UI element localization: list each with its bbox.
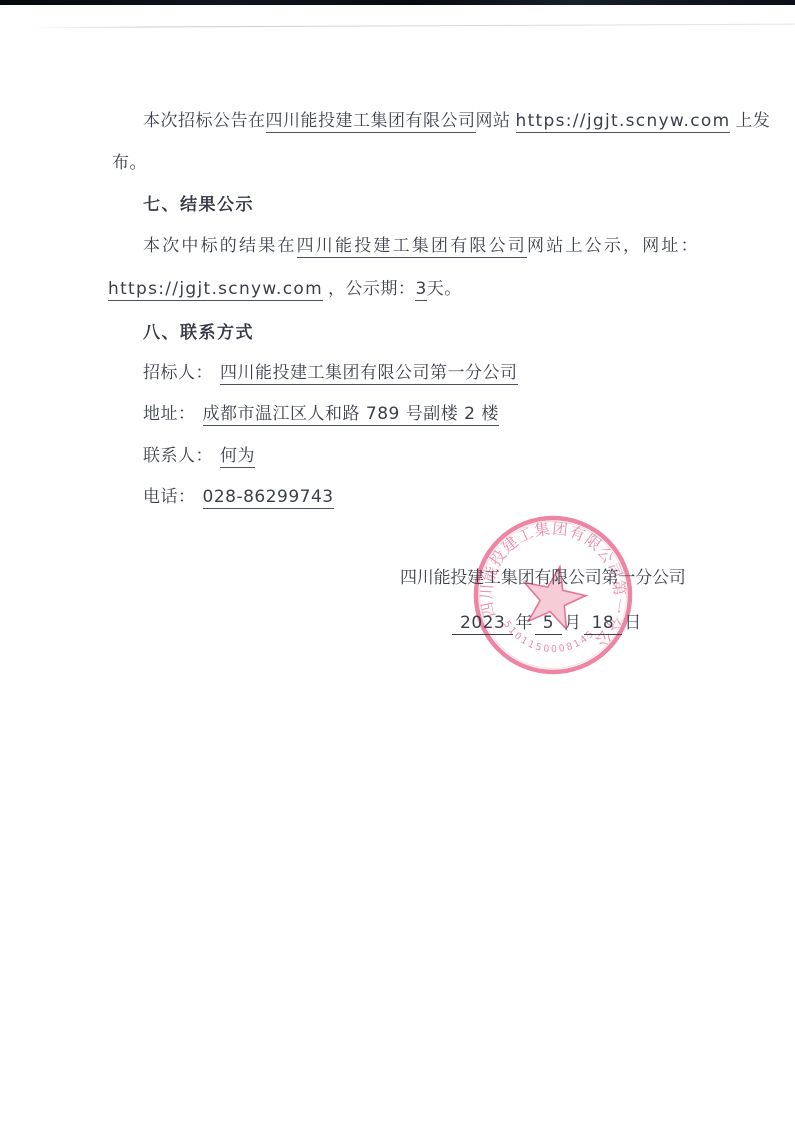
paragraph-results-line1: 本次中标的结果在四川能投建工集团有限公司网站上公示，网址： — [143, 234, 700, 258]
paragraph-results-line2: https://jgjt.scnyw.com，公示期：3天。 — [108, 277, 462, 301]
text: 本次招标公告在 — [143, 111, 266, 131]
document-page: 本次招标公告在四川能投建工集团有限公司网站https://jgjt.scnyw.… — [0, 0, 795, 1123]
contact-row-address: 地址：成都市温江区人和路 789 号副楼 2 楼 — [143, 402, 499, 426]
heading-text: 七、结果公示 — [143, 195, 254, 215]
contact-row-phone: 电话：028-86299743 — [143, 485, 334, 509]
bidder-value: 四川能投建工集团有限公司第一分公司 — [220, 363, 518, 385]
paragraph-publication-line1: 本次招标公告在四川能投建工集团有限公司网站https://jgjt.scnyw.… — [143, 109, 770, 133]
text: 网站上公示，网址： — [527, 236, 700, 256]
contact-person-value: 何为 — [220, 446, 255, 468]
website-url: https://jgjt.scnyw.com — [516, 111, 731, 133]
date-day: 18 — [584, 613, 623, 635]
section-heading-results: 七、结果公示 — [143, 193, 254, 217]
paragraph-publication-line2: 布。 — [112, 151, 147, 175]
field-label: 招标人： — [143, 363, 213, 383]
signature-date: 2023年5月18日 — [452, 611, 644, 635]
signature-company-text: 四川能投建工集团有限公司第一分公司 — [400, 568, 686, 588]
date-day-unit: 日 — [624, 613, 642, 633]
contact-row-person: 联系人：何为 — [143, 444, 255, 468]
phone-value: 028-86299743 — [203, 487, 334, 509]
date-month: 5 — [535, 613, 562, 635]
field-label: 电话： — [143, 487, 196, 507]
signature-company: 四川能投建工集团有限公司第一分公司 — [400, 566, 686, 590]
text: 布。 — [112, 153, 147, 173]
company-seal-stamp: 四川能投建工集团有限公司第一分公司 5101150008145 — [440, 482, 668, 710]
address-value: 成都市温江区人和路 789 号副楼 2 楼 — [203, 404, 499, 426]
company-name-underlined: 四川能投建工集团有限公司 — [266, 111, 476, 133]
date-month-unit: 月 — [564, 613, 582, 633]
section-heading-contact: 八、联系方式 — [143, 321, 254, 345]
publicity-days-underlined: 3 — [415, 279, 426, 301]
date-year: 2023 — [452, 613, 513, 635]
text: 天。 — [427, 279, 462, 299]
company-name-underlined: 四川能投建工集团有限公司 — [297, 236, 527, 258]
text: 网站 — [476, 111, 511, 131]
date-year-unit: 年 — [515, 613, 533, 633]
heading-text: 八、联系方式 — [143, 323, 254, 343]
text: 上发 — [735, 111, 770, 131]
field-label: 联系人： — [143, 446, 213, 466]
contact-row-bidder: 招标人：四川能投建工集团有限公司第一分公司 — [143, 361, 518, 385]
field-label: 地址： — [143, 404, 196, 424]
website-url: https://jgjt.scnyw.com — [108, 279, 323, 301]
text: ，公示期： — [328, 279, 416, 299]
text: 本次中标的结果在 — [143, 236, 297, 256]
scan-artifact-strip — [0, 0, 795, 5]
scan-edge-line — [30, 24, 795, 28]
